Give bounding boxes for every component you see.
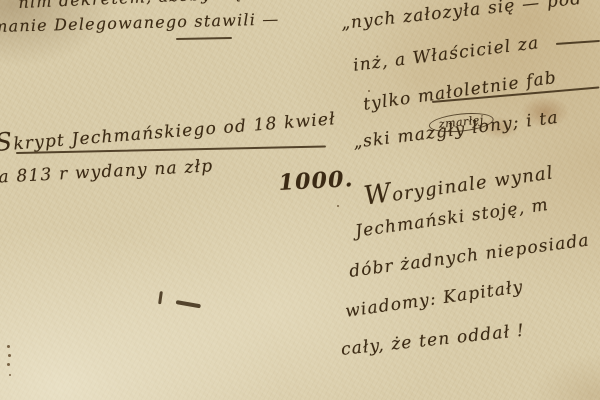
pen-stroke-dash <box>176 37 232 40</box>
ink-speck <box>9 374 11 376</box>
handwritten-line-date: ta 813 r wydany na złp <box>0 156 214 188</box>
handwritten-line-top-2: manie Delegowanego stawili — <box>0 9 280 36</box>
ink-speck <box>337 205 339 207</box>
ink-speck <box>8 354 11 357</box>
handwritten-line-right-7: dóbr żadnych nieposiada <box>348 230 591 281</box>
manuscript-page-photo: nim dekretem, ażeby się na manie Delegow… <box>0 0 600 400</box>
handwritten-line-right-2: inż, a Właściciel za <box>352 33 540 76</box>
handwritten-line-right-9: cały, że ten oddał ! <box>340 321 526 360</box>
handwritten-line-right-1: „nych załozyła się — pod <box>340 0 583 34</box>
ink-speck <box>368 90 370 92</box>
handwritten-line-right-3: tylko małoletnie fab <box>362 68 558 115</box>
ink-mark <box>176 300 201 308</box>
handwritten-line-right-8: wiadomy: Kapitały <box>344 277 525 322</box>
ink-speck <box>7 363 10 366</box>
handwritten-amount-1000: 1000. <box>278 166 354 196</box>
ink-speck <box>7 345 10 348</box>
pen-stroke-dash <box>556 40 600 45</box>
ink-mark <box>158 291 163 304</box>
